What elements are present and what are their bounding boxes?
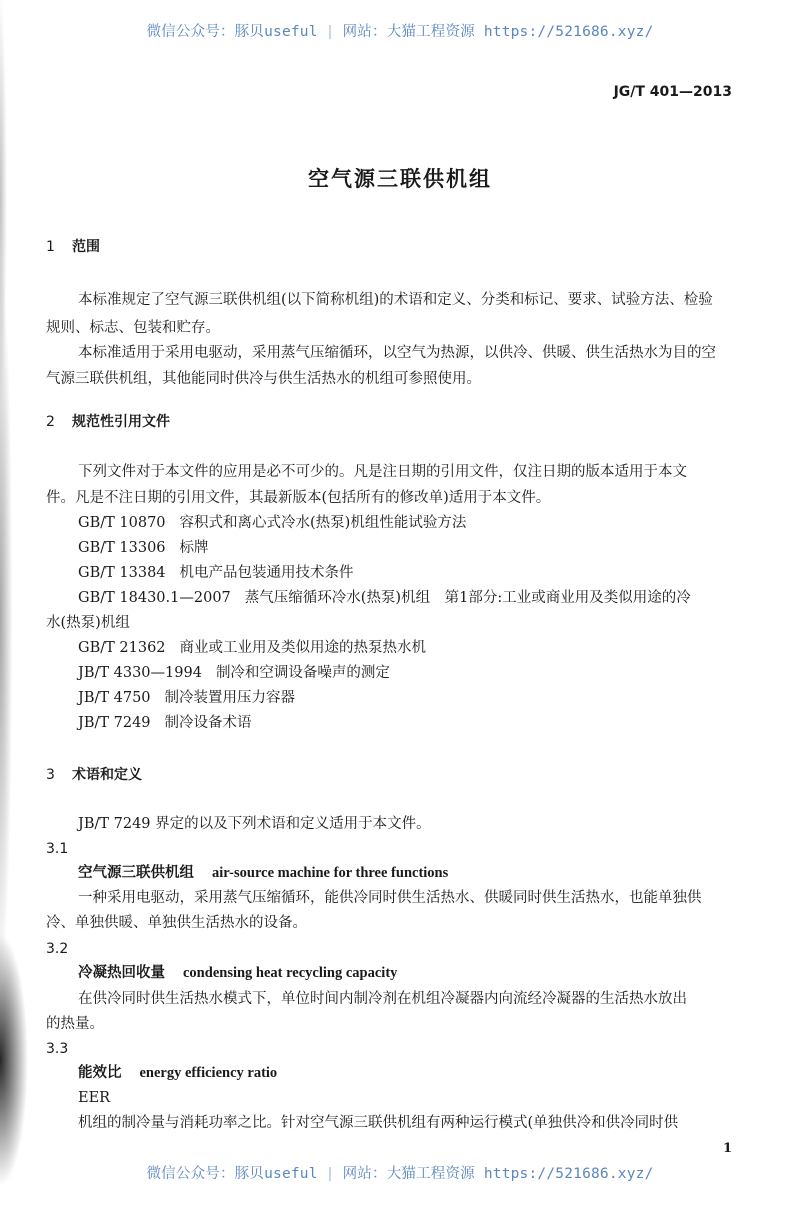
- watermark-website: 网站：大猫工程资源 https://521686.xyz/: [343, 1166, 654, 1182]
- reference-title: 制冷装置用压力容器: [165, 690, 296, 706]
- reference-item: JB/T 4750制冷装置用压力容器: [78, 689, 295, 707]
- reference-title: 制冷和空调设备噪声的测定: [216, 665, 390, 681]
- reference-title: 标牌: [180, 540, 209, 556]
- document-title: 空气源三联供机组: [0, 163, 800, 193]
- reference-code: JB/T 4750: [78, 689, 151, 707]
- term-zh: 冷凝热回收量: [78, 964, 165, 981]
- reference-title: 商业或工业用及类似用途的热泵热水机: [180, 640, 427, 656]
- term-zh: 空气源三联供机组: [78, 864, 194, 881]
- reference-title: 机电产品包装通用技术条件: [180, 565, 354, 581]
- watermark-website: 网站：大猫工程资源 https://521686.xyz/: [343, 24, 654, 40]
- reference-item: GB/T 10870容积式和离心式冷水(热泵)机组性能试验方法: [78, 514, 466, 532]
- watermark-separator: |: [326, 24, 335, 40]
- reference-code: GB/T 18430.1—2007: [78, 589, 231, 607]
- reference-item: JB/T 7249制冷设备术语: [78, 714, 252, 732]
- section-number: 2: [46, 413, 72, 431]
- reference-item: JB/T 4330—1994制冷和空调设备噪声的测定: [78, 664, 390, 682]
- section-title: 规范性引用文件: [72, 414, 170, 430]
- reference-code: GB/T 13306: [78, 539, 166, 557]
- term-definition-line-2: 的热量。: [46, 1015, 104, 1033]
- term-en: air-source machine for three functions: [212, 865, 448, 881]
- term-definition-line-1: 机组的制冷量与消耗功率之比。针对空气源三联供机组有两种运行模式(单独供冷和供冷同…: [78, 1114, 678, 1132]
- section-number: 3: [46, 766, 72, 784]
- reference-code: JB/T 7249: [78, 714, 151, 732]
- reference-title: 蒸气压缩循环冷水(热泵)机组 第1部分:工业或商业用及类似用途的冷: [245, 590, 691, 606]
- scope-paragraph-2-line-2: 气源三联供机组，其他能同时供冷与供生活热水的机组可参照使用。: [46, 370, 481, 388]
- reference-title: 制冷设备术语: [165, 715, 252, 731]
- clause-number: 3.3: [46, 1040, 68, 1058]
- section-title: 范围: [72, 239, 100, 255]
- reference-item: GB/T 18430.1—2007蒸气压缩循环冷水(热泵)机组 第1部分:工业或…: [78, 589, 691, 607]
- section-heading-terms-definitions: 3术语和定义: [46, 766, 142, 784]
- reference-item: GB/T 13384机电产品包装通用技术条件: [78, 564, 354, 582]
- term-heading: 能效比energy efficiency ratio: [78, 1064, 277, 1082]
- scope-paragraph-2-line-1: 本标准适用于采用电驱动，采用蒸气压缩循环，以空气为热源，以供冷、供暖、供生活热水…: [78, 344, 716, 362]
- reference-code: JB/T 4330—1994: [78, 664, 202, 682]
- term-definition-line-1: 一种采用电驱动，采用蒸气压缩循环，能供冷同时供生活热水、供暖同时供生活热水，也能…: [78, 889, 702, 907]
- section-heading-normative-references: 2规范性引用文件: [46, 413, 170, 431]
- term-heading: 冷凝热回收量condensing heat recycling capacity: [78, 964, 397, 982]
- term-definition-line-1: 在供冷同时供生活热水模式下，单位时间内制冷剂在机组冷凝器内向流经冷凝器的生活热水…: [78, 990, 687, 1008]
- reference-code: GB/T 10870: [78, 514, 166, 532]
- reference-item: GB/T 13306标牌: [78, 539, 209, 557]
- clause-number: 3.1: [46, 840, 68, 858]
- term-zh: 能效比: [78, 1064, 122, 1081]
- references-intro-line-2: 件。凡是不注日期的引用文件，其最新版本(包括所有的修改单)适用于本文件。: [46, 489, 550, 507]
- reference-continuation: 水(热泵)机组: [46, 614, 130, 632]
- section-number: 1: [46, 238, 72, 256]
- standard-code: JG/T 401—2013: [614, 84, 732, 100]
- watermark-bottom: 微信公众号：豚贝useful|网站：大猫工程资源 https://521686.…: [0, 1162, 800, 1183]
- term-heading: 空气源三联供机组air-source machine for three fun…: [78, 864, 448, 882]
- reference-item: GB/T 21362商业或工业用及类似用途的热泵热水机: [78, 639, 426, 657]
- references-intro-line-1: 下列文件对于本文件的应用是必不可少的。凡是注日期的引用文件，仅注日期的版本适用于…: [78, 463, 687, 481]
- watermark-top: 微信公众号：豚贝useful|网站：大猫工程资源 https://521686.…: [0, 20, 800, 41]
- watermark-separator: |: [326, 1166, 335, 1182]
- term-en: energy efficiency ratio: [140, 1065, 278, 1081]
- terms-intro: JB/T 7249 界定的以及下列术语和定义适用于本文件。: [78, 815, 431, 833]
- scope-paragraph-1-line-1: 本标准规定了空气源三联供机组(以下简称机组)的术语和定义、分类和标记、要求、试验…: [78, 291, 713, 309]
- reference-code: GB/T 13384: [78, 564, 166, 582]
- page-number: 1: [723, 1141, 732, 1156]
- watermark-wechat: 微信公众号：豚贝useful: [146, 1166, 317, 1182]
- clause-number: 3.2: [46, 940, 68, 958]
- term-definition-line-2: 冷、单独供暖、单独供生活热水的设备。: [46, 914, 307, 932]
- watermark-wechat: 微信公众号：豚贝useful: [146, 24, 317, 40]
- reference-title: 容积式和离心式冷水(热泵)机组性能试验方法: [180, 515, 467, 531]
- reference-code: GB/T 21362: [78, 639, 166, 657]
- term-abbreviation: EER: [78, 1089, 110, 1107]
- scope-paragraph-1-line-2: 规则、标志、包装和贮存。: [46, 319, 220, 337]
- term-en: condensing heat recycling capacity: [183, 965, 397, 981]
- section-heading-scope: 1范围: [46, 238, 100, 256]
- section-title: 术语和定义: [72, 767, 142, 783]
